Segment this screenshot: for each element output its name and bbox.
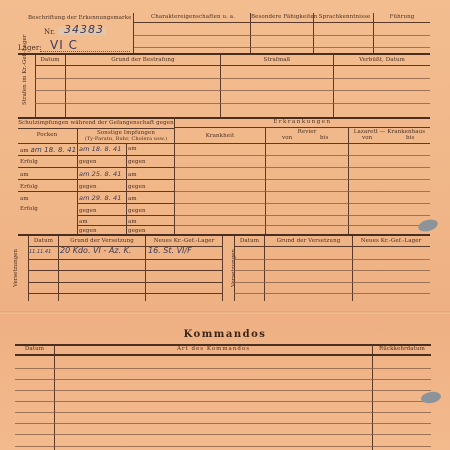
hospital-to: bis [406, 135, 414, 141]
other-date-1: am 18. 8. 41 [79, 145, 122, 153]
id-tag-label: Beschriftung der Erkennungsmarke [28, 15, 132, 21]
row-line [175, 167, 430, 168]
punish-col-date: Datum [36, 57, 64, 63]
kommando-col-date: Datum [15, 346, 54, 352]
pox-date-1: am 18. 8. 41 [31, 146, 77, 154]
row-line [15, 434, 431, 435]
row-line [35, 103, 430, 104]
kommandos-title: Kommandos [0, 329, 450, 340]
row-line [175, 215, 430, 216]
pox-header: Pocken [18, 132, 76, 138]
transfer-col-camp-right: Neues Kr.-Gef.-Lager [353, 238, 429, 244]
header-line [134, 47, 430, 48]
transfer-col-reason-left: Grund der Versetzung [59, 238, 145, 244]
col-divider [222, 236, 223, 301]
pox-row-3: am [20, 196, 29, 202]
pox-result-1: Erfolg [20, 159, 38, 165]
row-line [15, 390, 431, 391]
header-line [134, 22, 430, 23]
transfer-col-reason-right: Grund der Versetzung [265, 238, 352, 244]
row-line [15, 368, 431, 369]
transfer-date-1: 11.11.41 [29, 249, 51, 255]
row-line [77, 203, 174, 204]
row-line [28, 282, 222, 283]
other-vacc-subheader: (Ty-Paratn, Ruhr, Cholera usw.) [78, 136, 174, 142]
punish-col-reason: Grund der Bestrafung [66, 57, 220, 63]
other2-against-2: gegen [128, 184, 146, 190]
transfer-col-camp-left: Neues Kr.-Gef.-Lager [146, 238, 222, 244]
row-line [28, 293, 222, 294]
other-date-2: am 25. 8. 41 [79, 170, 122, 178]
row-line [234, 246, 430, 247]
other2-against-3: gegen [128, 208, 146, 214]
number-label: Nr. [44, 28, 55, 36]
other1-against-1: gegen [79, 159, 97, 165]
row-line [77, 215, 174, 216]
infirmary-from: von [282, 135, 292, 141]
row-line [35, 90, 430, 91]
row-line [175, 143, 430, 144]
hospital-from: von [362, 135, 372, 141]
row-line [35, 65, 430, 66]
pox-result-3: Erfolg [20, 206, 38, 212]
kommando-col-type: Art des Kommandos [55, 346, 372, 352]
infirmary-to: bis [320, 135, 328, 141]
row-line [18, 191, 174, 192]
row-line [175, 191, 430, 192]
row-line [175, 155, 430, 156]
row-line [28, 270, 222, 271]
page-fold [0, 311, 450, 314]
header-line [134, 35, 430, 36]
transfer-reason-1: 20 Kdo. VI - Az. K. [60, 246, 131, 255]
row-line [18, 128, 174, 129]
transfer-col-date-left: Datum [29, 238, 58, 244]
section-divider [18, 53, 430, 55]
row-line [234, 270, 430, 271]
other2-row-3: am [128, 196, 137, 202]
section-divider [18, 234, 430, 236]
row-line [15, 401, 431, 402]
other2-against-1: gegen [128, 159, 146, 165]
pow-record-card: Beschriftung der Erkennungsmarke Nr. 343… [0, 0, 450, 450]
row-line [234, 259, 430, 260]
punch-hole [420, 390, 442, 404]
row-line [15, 412, 431, 413]
row-line [35, 78, 430, 79]
col-divider [126, 143, 127, 234]
row-line [15, 423, 431, 424]
illnesses-title: Erkrankungen [175, 119, 430, 125]
row-line [175, 179, 430, 180]
row-line [18, 155, 174, 156]
row-line [175, 127, 430, 128]
other2-row-2: am [128, 172, 137, 178]
other2-row-1: am [128, 146, 137, 152]
punch-hole [417, 218, 439, 234]
row-line [15, 379, 431, 380]
row-line [18, 167, 174, 168]
row-line [28, 259, 222, 260]
pox-row-1: am am 18. 8. 41 [20, 146, 76, 154]
row-line [18, 179, 174, 180]
punish-col-served: Verbüßt, Datum [334, 57, 430, 63]
other1-against-2: gegen [79, 184, 97, 190]
vaccinations-title: Schutzimpfungen während der Gefangenscha… [18, 120, 174, 126]
row-line [15, 446, 431, 447]
row-line [175, 203, 430, 204]
header-col-languages: Sprachkenntnisse [314, 14, 375, 20]
pox-result-2: Erfolg [20, 184, 38, 190]
row-line [77, 225, 174, 226]
kommando-col-return: Rückkehrdatum [373, 346, 431, 352]
other1-against-3: gegen [79, 208, 97, 214]
punish-col-sentence: Strafmaß [221, 57, 333, 63]
punishments-side-label: Strafen im Kr.-Gef.-Lager [22, 65, 28, 105]
transfers-side-label-left: Versetzungen [13, 247, 19, 287]
other-date-3: am 29. 8. 41 [79, 194, 122, 202]
transfer-col-date-right: Datum [235, 238, 264, 244]
illness-col-illness: Krankheit [175, 133, 265, 139]
header-col-conduct: Führung [374, 14, 430, 20]
transfer-camp-1: 16. St. VI/F [148, 246, 192, 255]
row-line [234, 293, 430, 294]
row-line [175, 225, 430, 226]
row-line [18, 143, 174, 144]
header-col-character: Charaktereigenschaften u. a. [136, 14, 250, 20]
illness-col-infirmary: Revier [266, 129, 348, 135]
pox-row-2: am [20, 172, 29, 178]
row-line [15, 354, 431, 356]
row-line [234, 282, 430, 283]
camp-value: VI C [50, 38, 78, 52]
header-col-abilities: Besondere Fähigkeiten [251, 14, 312, 20]
number-value: 34383 [64, 23, 104, 36]
